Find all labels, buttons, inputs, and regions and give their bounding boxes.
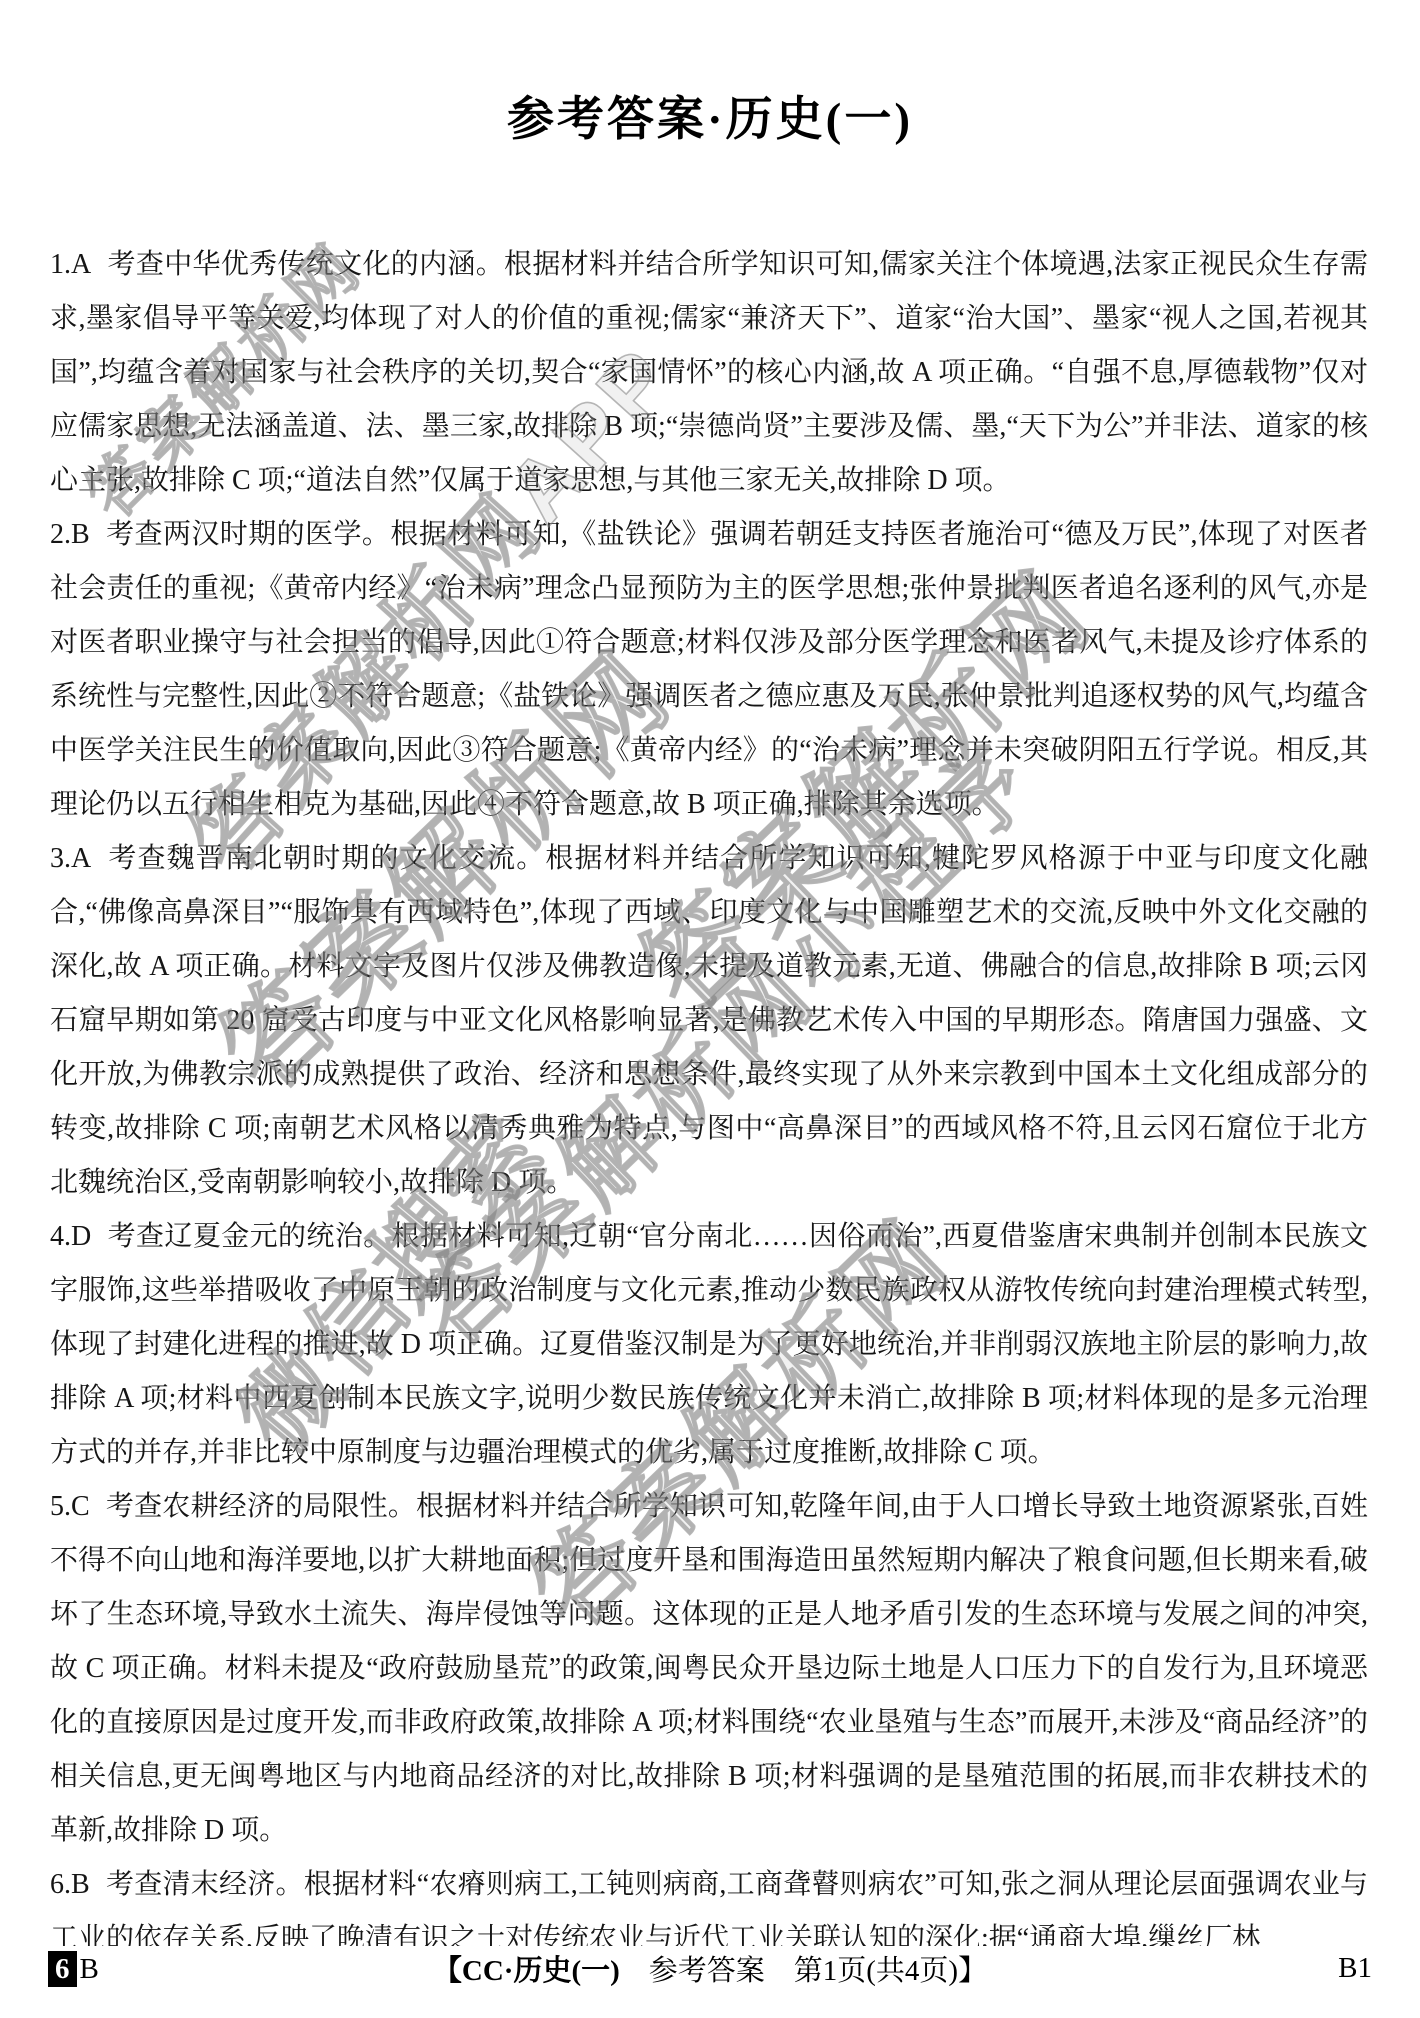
- answer-label: 6.B: [50, 1869, 90, 1900]
- footer-title: 【CC·历史(一) 参考答案 第1页(共4页)】: [433, 1948, 987, 1989]
- answer-label: 4.D: [50, 1221, 91, 1252]
- footer-page-number-box: 6: [48, 1951, 77, 1987]
- footer-title-rest: 参考答案 第1页(共4页)】: [620, 1955, 987, 1987]
- answer-label: 2.B: [50, 519, 90, 550]
- document-page: 参考答案·历史(一) 1.A考查中华优秀传统文化的内涵。根据材料并结合所学知识可…: [0, 0, 1420, 2018]
- footer-title-bold: 【CC·历史(一): [433, 1955, 620, 1987]
- answer-text: 考查中华优秀传统文化的内涵。根据材料并结合所学知识可知,儒家关注个体境遇,法家正…: [50, 249, 1368, 496]
- answer-label: 1.A: [50, 249, 91, 280]
- page-title: 参考答案·历史(一): [0, 0, 1420, 149]
- answer-item-1: 1.A考查中华优秀传统文化的内涵。根据材料并结合所学知识可知,儒家关注个体境遇,…: [50, 238, 1368, 508]
- answer-text: 考查辽夏金元的统治。根据材料可知,辽朝“官分南北……因俗而治”,西夏借鉴唐宋典制…: [50, 1221, 1368, 1468]
- answer-item-2: 2.B考查两汉时期的医学。根据材料可知,《盐铁论》强调若朝廷支持医者施治可“德及…: [50, 508, 1368, 832]
- answer-list: 1.A考查中华优秀传统文化的内涵。根据材料并结合所学知识可知,儒家关注个体境遇,…: [50, 238, 1368, 1946]
- answer-item-4: 4.D考查辽夏金元的统治。根据材料可知,辽朝“官分南北……因俗而治”,西夏借鉴唐…: [50, 1210, 1368, 1480]
- answer-item-5: 5.C考查农耕经济的局限性。根据材料并结合所学知识可知,乾隆年间,由于人口增长导…: [50, 1480, 1368, 1858]
- answer-label: 5.C: [50, 1491, 90, 1522]
- answer-text: 考查魏晋南北朝时期的文化交流。根据材料并结合所学知识可知,犍陀罗风格源于中亚与印…: [50, 843, 1368, 1198]
- answer-item-6: 6.B考查清末经济。根据材料“农瘠则病工,工钝则病商,工商聋瞽则病农”可知,张之…: [50, 1858, 1368, 1946]
- answer-label: 3.A: [50, 843, 91, 874]
- footer-page-code: 6B: [48, 1951, 138, 1987]
- answer-text: 考查农耕经济的局限性。根据材料并结合所学知识可知,乾隆年间,由于人口增长导致土地…: [50, 1491, 1368, 1846]
- page-footer: 6B 【CC·历史(一) 参考答案 第1页(共4页)】 B1: [48, 1948, 1372, 1989]
- answer-item-3: 3.A考查魏晋南北朝时期的文化交流。根据材料并结合所学知识可知,犍陀罗风格源于中…: [50, 832, 1368, 1210]
- footer-page-code-letter: B: [80, 1953, 99, 1985]
- footer-code-right: B1: [1282, 1952, 1372, 1985]
- answer-text: 考查清末经济。根据材料“农瘠则病工,工钝则病商,工商聋瞽则病农”可知,张之洞从理…: [50, 1869, 1368, 1946]
- answer-text: 考查两汉时期的医学。根据材料可知,《盐铁论》强调若朝廷支持医者施治可“德及万民”…: [50, 519, 1368, 820]
